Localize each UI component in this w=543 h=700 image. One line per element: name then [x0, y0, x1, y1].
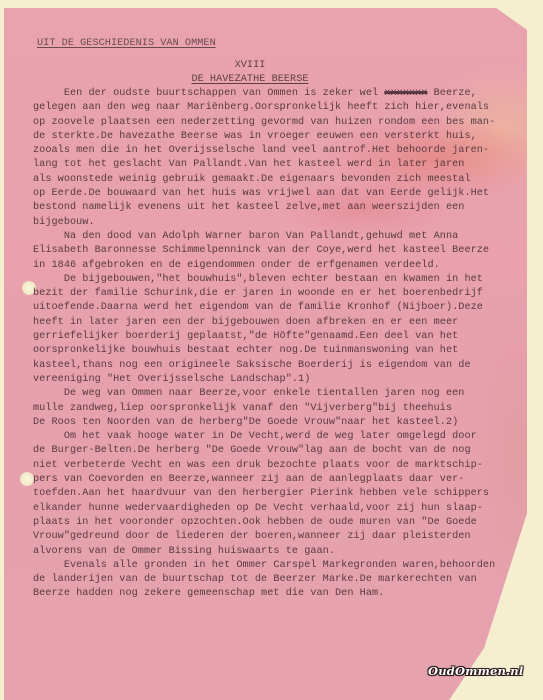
site-watermark: OudOmmen.nl [428, 664, 523, 678]
text-line: de sterkte.De havezathe Beerse was in vr… [33, 130, 513, 144]
text-line: heeft in later jaren een der bijgebouwen… [33, 316, 513, 330]
chapter-number: XVIII [0, 60, 500, 71]
text-line: kasteel,thans nog een origineele Saksisc… [33, 359, 513, 373]
text-line: De weg van Ommen naar Beerze,voor enkele… [33, 387, 513, 401]
text-line: Vrouw"gedreund door de liederen der boer… [33, 530, 513, 544]
text-line: Beerze hadden nog zekere gemeenschap met… [33, 587, 513, 601]
document-header: UIT DE GESCHIEDENIS VAN OMMEN [37, 38, 216, 49]
text-line: bestond namelijk evenens uit het kasteel… [33, 201, 513, 215]
struck-out-text: xxxxxxx [384, 88, 427, 99]
text-line: pers van Coevorden en Beerze,wanneer zij… [33, 473, 513, 487]
typewritten-document: UIT DE GESCHIEDENIS VAN OMMEN XVIII DE H… [0, 0, 543, 700]
text-line: vereeniging "Het Overijsselsche Landscha… [33, 373, 513, 387]
text-line: lang tot het geslacht Van Pallandt.Van h… [33, 158, 513, 172]
text-line: uitoefende.Daarna werd het eigendom van … [33, 301, 513, 315]
text-line: Elisabeth Baronnesse Schimmelpenninck va… [33, 244, 513, 258]
text-line: toefden.Aan het haardvuur van den herber… [33, 487, 513, 501]
text-line: als woonstede weinig gebruik gemaakt.De … [33, 173, 513, 187]
text-line: de Burger-Belten.De herberg "De Goede Vr… [33, 444, 513, 458]
text-line: gelegen aan den weg naar Mariënberg.Oors… [33, 101, 513, 115]
document-title: DE HAVEZATHE BEERSE [0, 74, 500, 85]
text-line: alvorens van de Ommer Bissing huiswaarts… [33, 545, 513, 559]
text-line: mulle zandweg,liep oorspronkelijk vanaf … [33, 402, 513, 416]
text-line: Evenals alle gronden in het Ommer Carspe… [33, 559, 513, 573]
text-line: Om het vaak hooge water in De Vecht,werd… [33, 430, 513, 444]
text-line: plaats in het vooronder opzochten.Ook he… [33, 516, 513, 530]
text-line: De bijgebouwen,"het bouwhuis",bleven ech… [33, 273, 513, 287]
text-line: in 1846 afgebroken en de eigendommen ond… [33, 259, 513, 273]
text-line: oorspronkelijke bouwhuis bestaat echter … [33, 344, 513, 358]
text-line: De Roos ten Noorden van de herberg"De Go… [33, 416, 513, 430]
text-line: Na den dood van Adolph Warner baron Van … [33, 230, 513, 244]
text-line: bezit der familie Schurink,die er jaren … [33, 287, 513, 301]
text-line: gerriefelijker boerderij geplaatst,"de H… [33, 330, 513, 344]
text-line: op Eerde.De bouwaard van het huis was vr… [33, 187, 513, 201]
text-line: bijgebouw. [33, 216, 513, 230]
text-line: elkander hunne wedervaardigheden op De V… [33, 502, 513, 516]
text-line: zooals men die in het Overijsselsche lan… [33, 144, 513, 158]
text-line: niet verbeterde Vecht en was een druk be… [33, 459, 513, 473]
text-line: de landerijen van de buurtschap tot de B… [33, 573, 513, 587]
document-body: Een der oudste buurtschappen van Ommen i… [33, 87, 513, 602]
text-line: Een der oudste buurtschappen van Ommen i… [33, 87, 513, 101]
text-line: op zoovele plaatsen een nederzetting gev… [33, 116, 513, 130]
